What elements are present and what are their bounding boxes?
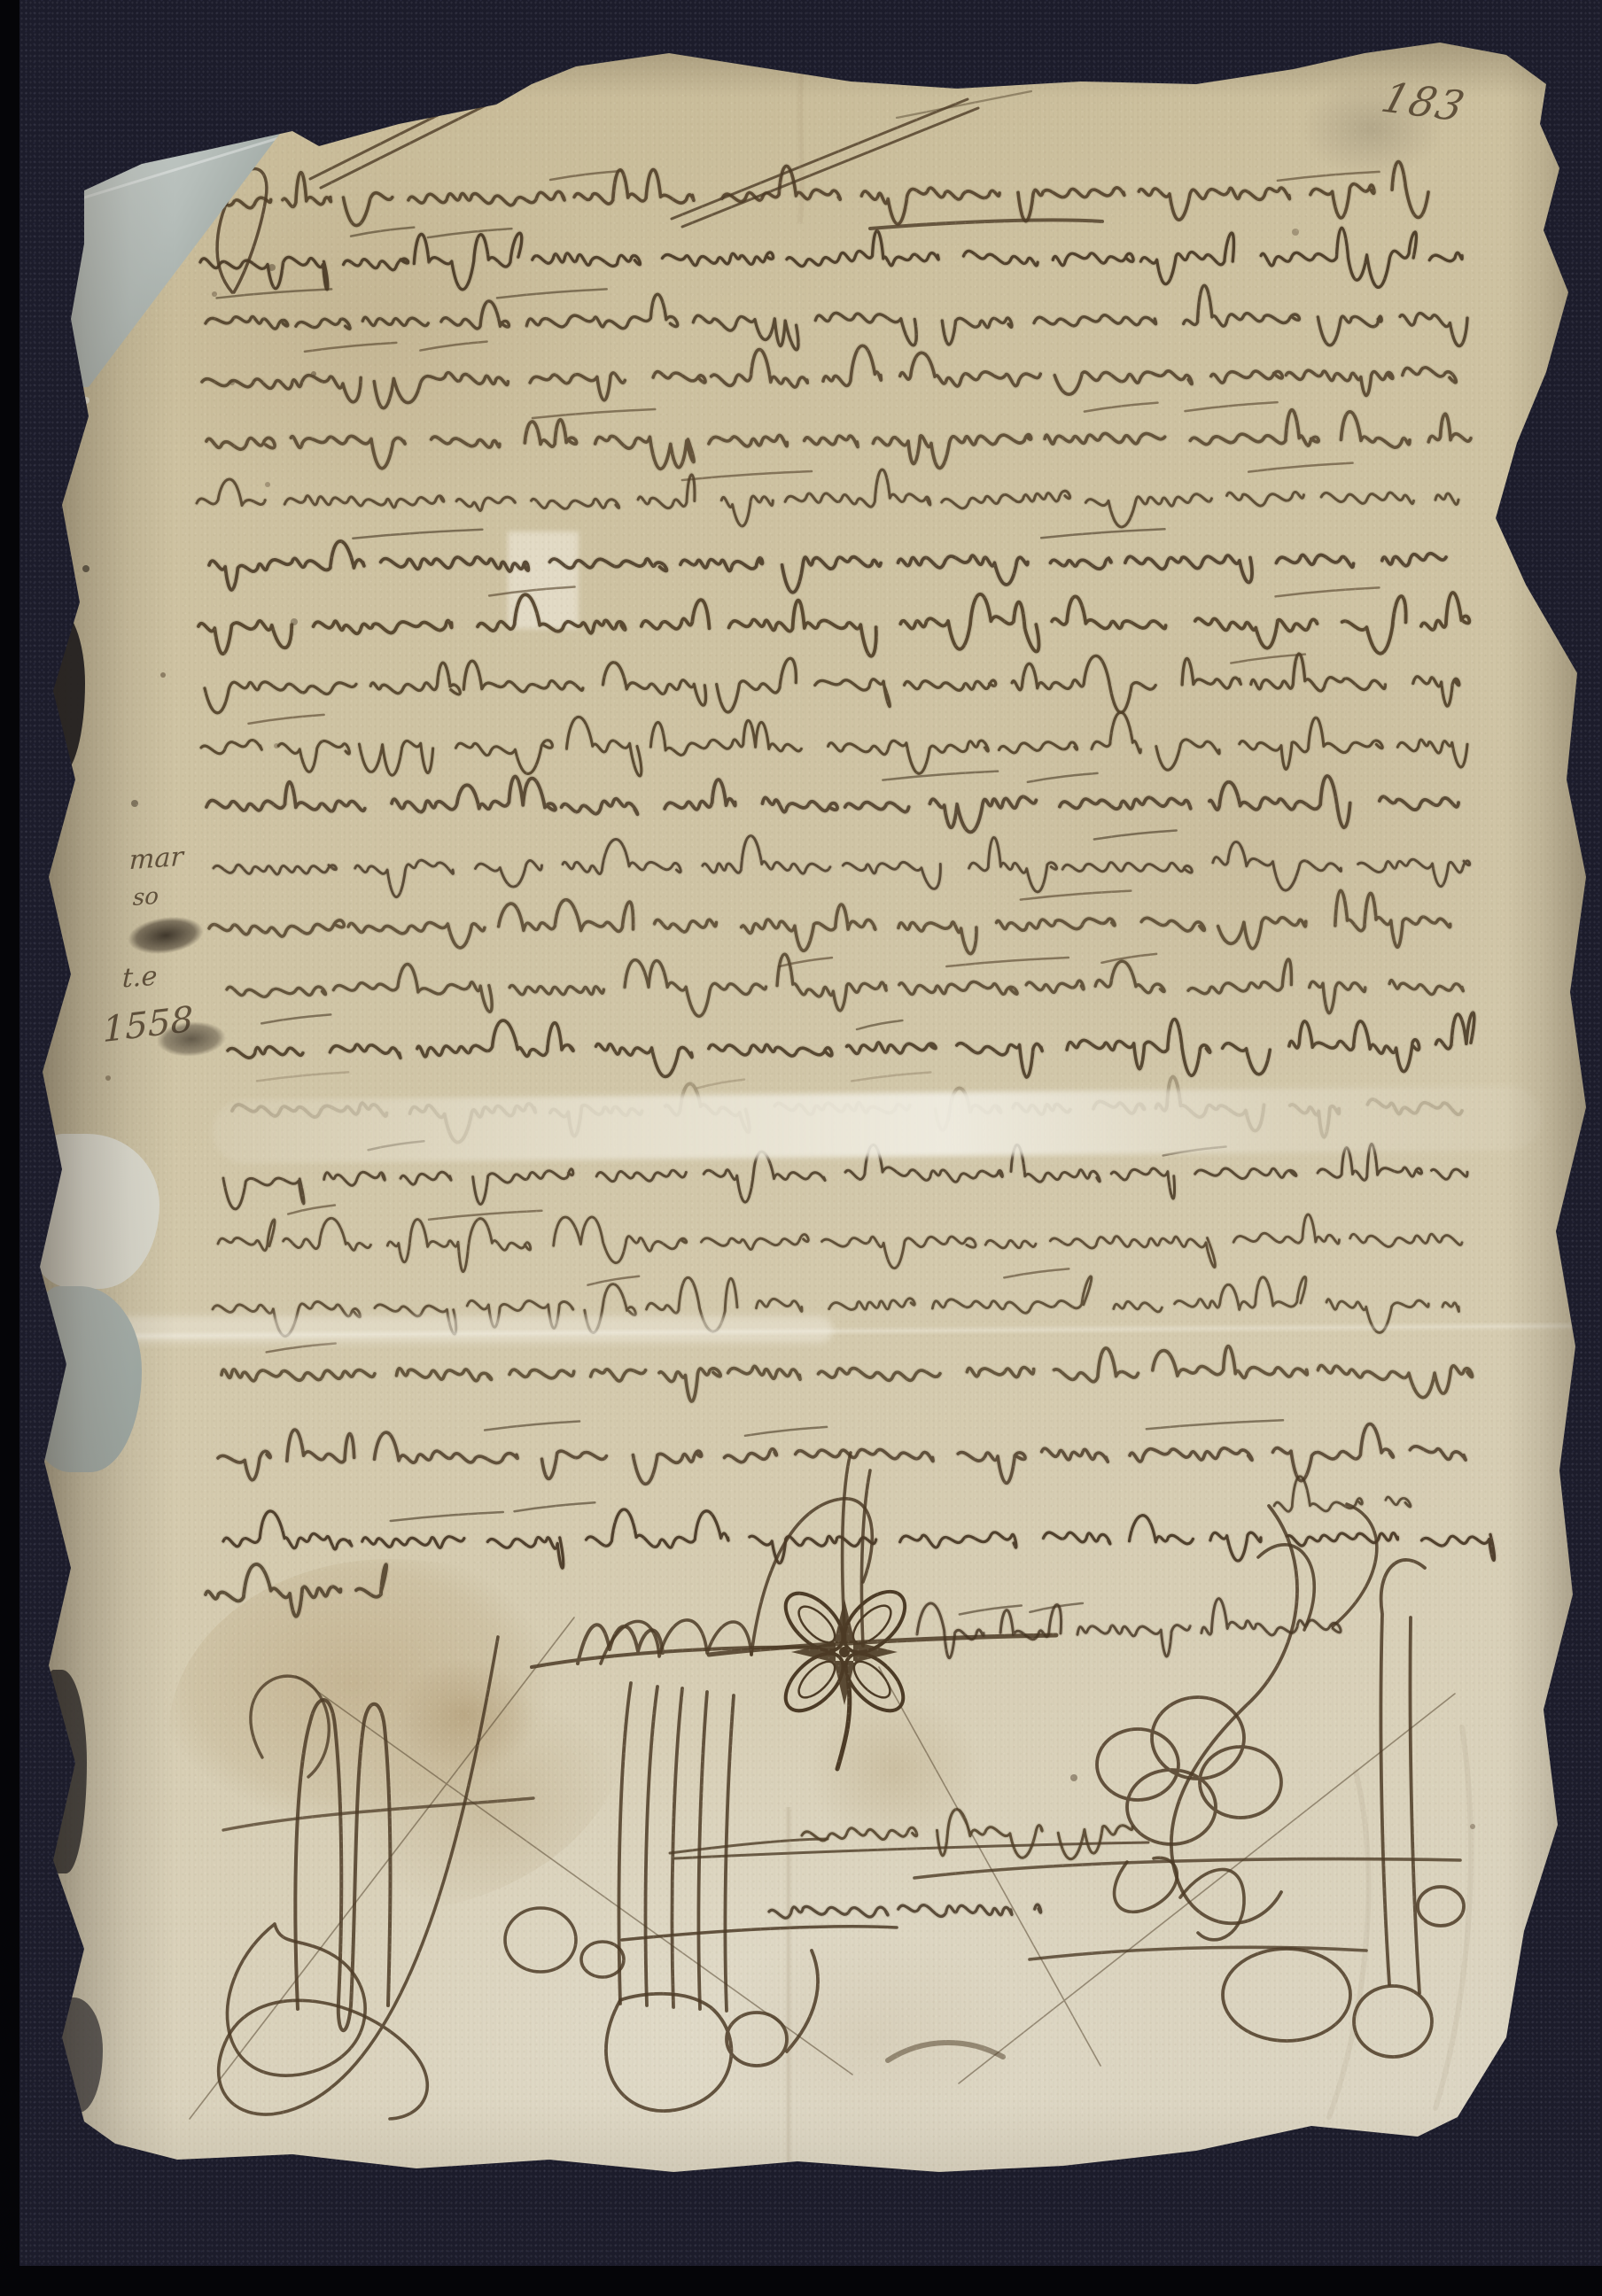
text-line bbox=[218, 1420, 1466, 1484]
handwriting-stroke bbox=[1274, 1477, 1411, 1512]
handwriting-stroke bbox=[353, 530, 482, 539]
handwriting-stroke bbox=[248, 715, 323, 724]
handwriting-stroke bbox=[1278, 172, 1380, 181]
handwriting-stroke bbox=[198, 593, 1469, 656]
text-line bbox=[228, 1012, 1474, 1077]
handwriting-stroke bbox=[485, 1422, 579, 1431]
handwriting-stroke bbox=[857, 1020, 902, 1029]
handwriting-stroke bbox=[351, 228, 414, 237]
handwriting-stroke bbox=[533, 409, 655, 418]
handwriting-stroke bbox=[1094, 830, 1177, 839]
handwriting-stroke bbox=[205, 654, 1459, 713]
rubric-right-verticals bbox=[1380, 1560, 1425, 1993]
handwriting-stroke bbox=[745, 1427, 827, 1436]
signature-script-line bbox=[917, 1599, 1341, 1658]
folio-number: 183 bbox=[1376, 73, 1471, 130]
handwriting-stroke bbox=[261, 1014, 331, 1023]
text-line-faded bbox=[232, 1072, 1462, 1142]
handwriting-stroke bbox=[1276, 587, 1380, 596]
first-line-underline bbox=[870, 220, 1102, 229]
handwriting-stroke bbox=[1248, 463, 1352, 472]
handwriting-stroke bbox=[696, 1080, 744, 1089]
handwriting-stroke bbox=[197, 469, 1458, 527]
handwriting-stroke bbox=[852, 1072, 930, 1081]
handwriting-stroke bbox=[946, 958, 1069, 966]
handwriting-stroke bbox=[428, 229, 512, 237]
text-line bbox=[201, 712, 1467, 776]
text-line bbox=[206, 285, 1467, 349]
rubric-right-el-curves bbox=[1115, 1858, 1245, 1939]
handwriting-stroke bbox=[257, 1072, 348, 1081]
handwriting-stroke bbox=[960, 1605, 1022, 1614]
text-line bbox=[227, 954, 1463, 1016]
ink-tail-bottom bbox=[888, 2043, 1003, 2060]
handwriting-stroke bbox=[223, 1144, 1467, 1208]
margin-note-so: so bbox=[132, 883, 159, 911]
text-line bbox=[200, 228, 1462, 290]
signature-end-flourish bbox=[1258, 1504, 1377, 1630]
margin-note-te: t.e bbox=[121, 961, 158, 995]
rubric-left-swirl bbox=[219, 1637, 498, 2119]
text-line bbox=[218, 1206, 1462, 1272]
handwriting-stroke bbox=[267, 1343, 336, 1352]
handwriting-stroke bbox=[1163, 1146, 1226, 1155]
text-line bbox=[209, 529, 1446, 592]
text-line bbox=[209, 890, 1450, 953]
handwriting-stroke bbox=[420, 342, 486, 351]
text-line bbox=[198, 586, 1469, 655]
handwriting-stroke bbox=[218, 1424, 1466, 1485]
handwriting-stroke bbox=[497, 289, 607, 298]
handwriting-stroke bbox=[227, 954, 1463, 1016]
handwriting-stroke bbox=[1041, 529, 1164, 538]
handwriting-stroke bbox=[682, 471, 812, 480]
handwriting-stroke bbox=[206, 1564, 386, 1617]
handwriting-stroke bbox=[201, 712, 1467, 776]
handwriting-stroke bbox=[1004, 1268, 1069, 1277]
text-line bbox=[214, 830, 1470, 896]
manuscript-page: 183 mar so t.e 1558 bbox=[25, 35, 1589, 2184]
handwriting-stroke bbox=[209, 890, 1450, 953]
handwriting-stroke bbox=[369, 1141, 424, 1150]
signature-script-line bbox=[1274, 1477, 1411, 1512]
handwriting-stroke bbox=[228, 1012, 1474, 1077]
text-line bbox=[223, 1141, 1467, 1209]
handwriting-stroke bbox=[489, 586, 574, 595]
handwriting-stroke bbox=[391, 1512, 503, 1521]
body-text-lines bbox=[197, 162, 1494, 1617]
handwriting-stroke bbox=[288, 1206, 335, 1214]
signature-m-letters bbox=[532, 1625, 819, 1667]
text-line bbox=[206, 1564, 386, 1617]
text-line bbox=[223, 1502, 1494, 1568]
vertical-crease bbox=[785, 1807, 792, 2179]
text-line bbox=[202, 342, 1456, 408]
handwriting-stroke bbox=[1147, 1420, 1283, 1429]
text-line bbox=[206, 402, 1471, 469]
handwriting-stroke bbox=[550, 171, 621, 180]
handwriting-stroke bbox=[305, 343, 396, 352]
rubric-right-circle-cluster bbox=[1097, 1697, 1281, 1844]
handwriting-stroke bbox=[515, 1502, 595, 1511]
rosette-ornament bbox=[775, 1580, 915, 1769]
rubric-right-bottom-loops bbox=[1223, 1887, 1464, 2057]
handwriting-stroke bbox=[1101, 954, 1156, 963]
handwriting-layer bbox=[0, 0, 1602, 2296]
text-line bbox=[206, 772, 1458, 833]
margin-note-mar: mar bbox=[128, 842, 183, 876]
text-line bbox=[197, 463, 1458, 527]
rosette-center-dot bbox=[839, 1647, 850, 1657]
handwriting-stroke bbox=[883, 772, 998, 780]
rubric-hairlines bbox=[190, 1617, 1455, 2119]
text-line bbox=[205, 654, 1459, 713]
rubric-cross-stroke bbox=[223, 1798, 533, 1830]
rubric-left-comb bbox=[295, 1700, 390, 2030]
signature-script-line bbox=[769, 1904, 1041, 1918]
handwriting-stroke bbox=[1185, 402, 1277, 411]
text-line bbox=[222, 1343, 1473, 1401]
handwriting-stroke bbox=[1028, 773, 1098, 782]
handwriting-stroke bbox=[1085, 403, 1158, 412]
